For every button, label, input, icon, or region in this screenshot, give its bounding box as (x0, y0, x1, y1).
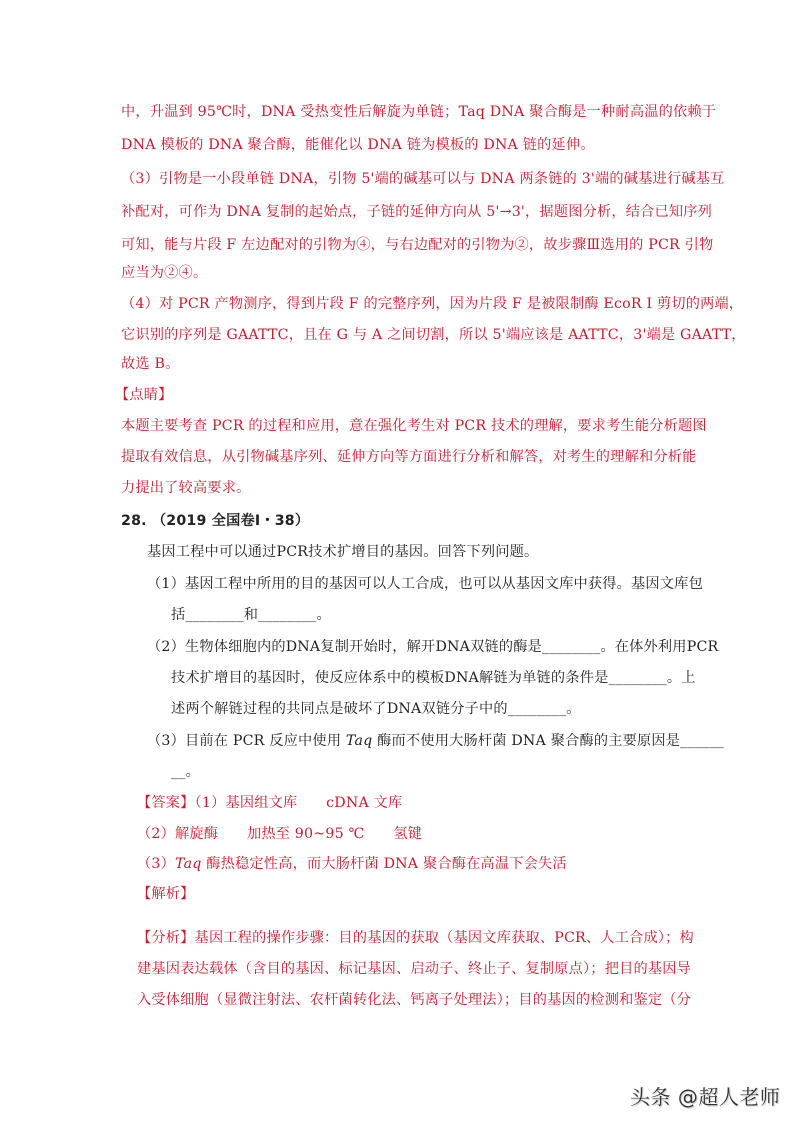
analysis-line: 入受体细胞（显微注射法、农杆菌转化法、钙离子处理法）；目的基因的检测和鉴定（分 (137, 989, 691, 1009)
answer-line: （2）解旋酶 加热至 90~95 ℃ 氢键 (137, 823, 422, 843)
analysis-heading: 【解析】 (137, 883, 195, 903)
analysis-part3-line: 应当为②④。 (121, 262, 207, 282)
question-intro: 基因工程中可以通过PCR技术扩增目的基因。回答下列问题。 (147, 541, 538, 561)
analysis-part3-line: 可知，能与片段 F 左边配对的引物为④，与右边配对的引物为②，故步骤Ⅲ选用的 P… (121, 234, 713, 254)
document-page: 中，升温到 95℃时，DNA 受热变性后解旋为单链；Taq DNA 聚合酶是一种… (0, 0, 794, 1123)
question-source: （2019 全国卷Ⅰ・38） (152, 513, 309, 529)
question-part3-line: （3）目前在 PCR 反应中使用 Taq 酶而不使用大肠杆菌 DNA 聚合酶的主… (147, 730, 724, 750)
answer-text: 酶热稳定性高，而大肠杆菌 DNA 聚合酶在高温下会失活 (202, 856, 567, 872)
question-part1-line: （1）基因工程中所用的目的基因可以人工合成，也可以从基因文库中获得。基因文库包 (147, 573, 703, 593)
question-part2-line: 技术扩增目的基因时，使反应体系中的模板DNA解链为单链的条件是________。… (171, 667, 696, 687)
question-part3-cont: __。 (171, 761, 200, 781)
analysis-part4-line: （4）对 PCR 产物测序，得到片段 F 的完整序列，因为片段 F 是被限制酶 … (121, 293, 743, 313)
question-part2-line: 述两个解链过程的共同点是破坏了DNA双链分子中的________。 (171, 698, 581, 718)
question-header: 28. （2019 全国卷Ⅰ・38） (121, 510, 309, 530)
question-part3-text: （3）目前在 PCR 反应中使用 (147, 733, 346, 749)
comment-line: 力提出了较高要求。 (121, 477, 251, 497)
analysis-part4-line: 故选 B。 (121, 353, 180, 373)
analysis-line: 中，升温到 95℃时，DNA 受热变性后解旋为单链；Taq DNA 聚合酶是一种… (121, 101, 716, 121)
question-part1-line: 括________和________。 (171, 604, 331, 624)
answer-text: （3） (137, 856, 175, 872)
analysis-line: DNA 模板的 DNA 聚合酶，能催化以 DNA 链为模板的 DNA 链的延伸。 (121, 134, 595, 154)
comment-heading: 【点睛】 (115, 384, 173, 404)
analysis-part3-line: 补配对，可作为 DNA 复制的起始点，子链的延伸方向从 5'→3'，据题图分析，… (121, 201, 712, 221)
answer-line: 【答案】（1）基因组文库 cDNA 文库 (137, 792, 402, 812)
analysis-part3-line: （3）引物是一小段单链 DNA，引物 5'端的碱基可以与 DNA 两条链的 3'… (121, 168, 725, 188)
comment-line: 提取有效信息，从引物碱基序列、延伸方向等方面进行分析和解答，对考生的理解和分析能 (121, 446, 697, 466)
analysis-part4-line: 它识别的序列是 GAATTC，且在 G 与 A 之间切割，所以 5'端应该是 A… (121, 324, 746, 344)
answer-line: （3）Taq 酶热稳定性高，而大肠杆菌 DNA 聚合酶在高温下会失活 (137, 853, 567, 873)
taq-italic: Taq (346, 733, 373, 749)
question-part3-text: 酶而不使用大肠杆菌 DNA 聚合酶的主要原因是______ (372, 733, 724, 749)
taq-italic: Taq (175, 856, 202, 872)
question-number: 28. (121, 513, 147, 529)
comment-line: 本题主要考查 PCR 的过程和应用，意在强化考生对 PCR 技术的理解，要求考生… (121, 415, 707, 435)
question-part2-line: （2）生物体细胞内的DNA复制开始时，解开DNA双链的酶是________。在体… (147, 636, 718, 656)
watermark: 头条 @超人老师 (630, 1081, 780, 1110)
analysis-line: 【分析】基因工程的操作步骤：目的基因的获取（基因文库获取、PCR、人工合成）；构 (137, 927, 694, 947)
analysis-line: 建基因表达载体（含目的基因、标记基因、启动子、终止子、复制原点）；把目的基因导 (137, 958, 691, 978)
